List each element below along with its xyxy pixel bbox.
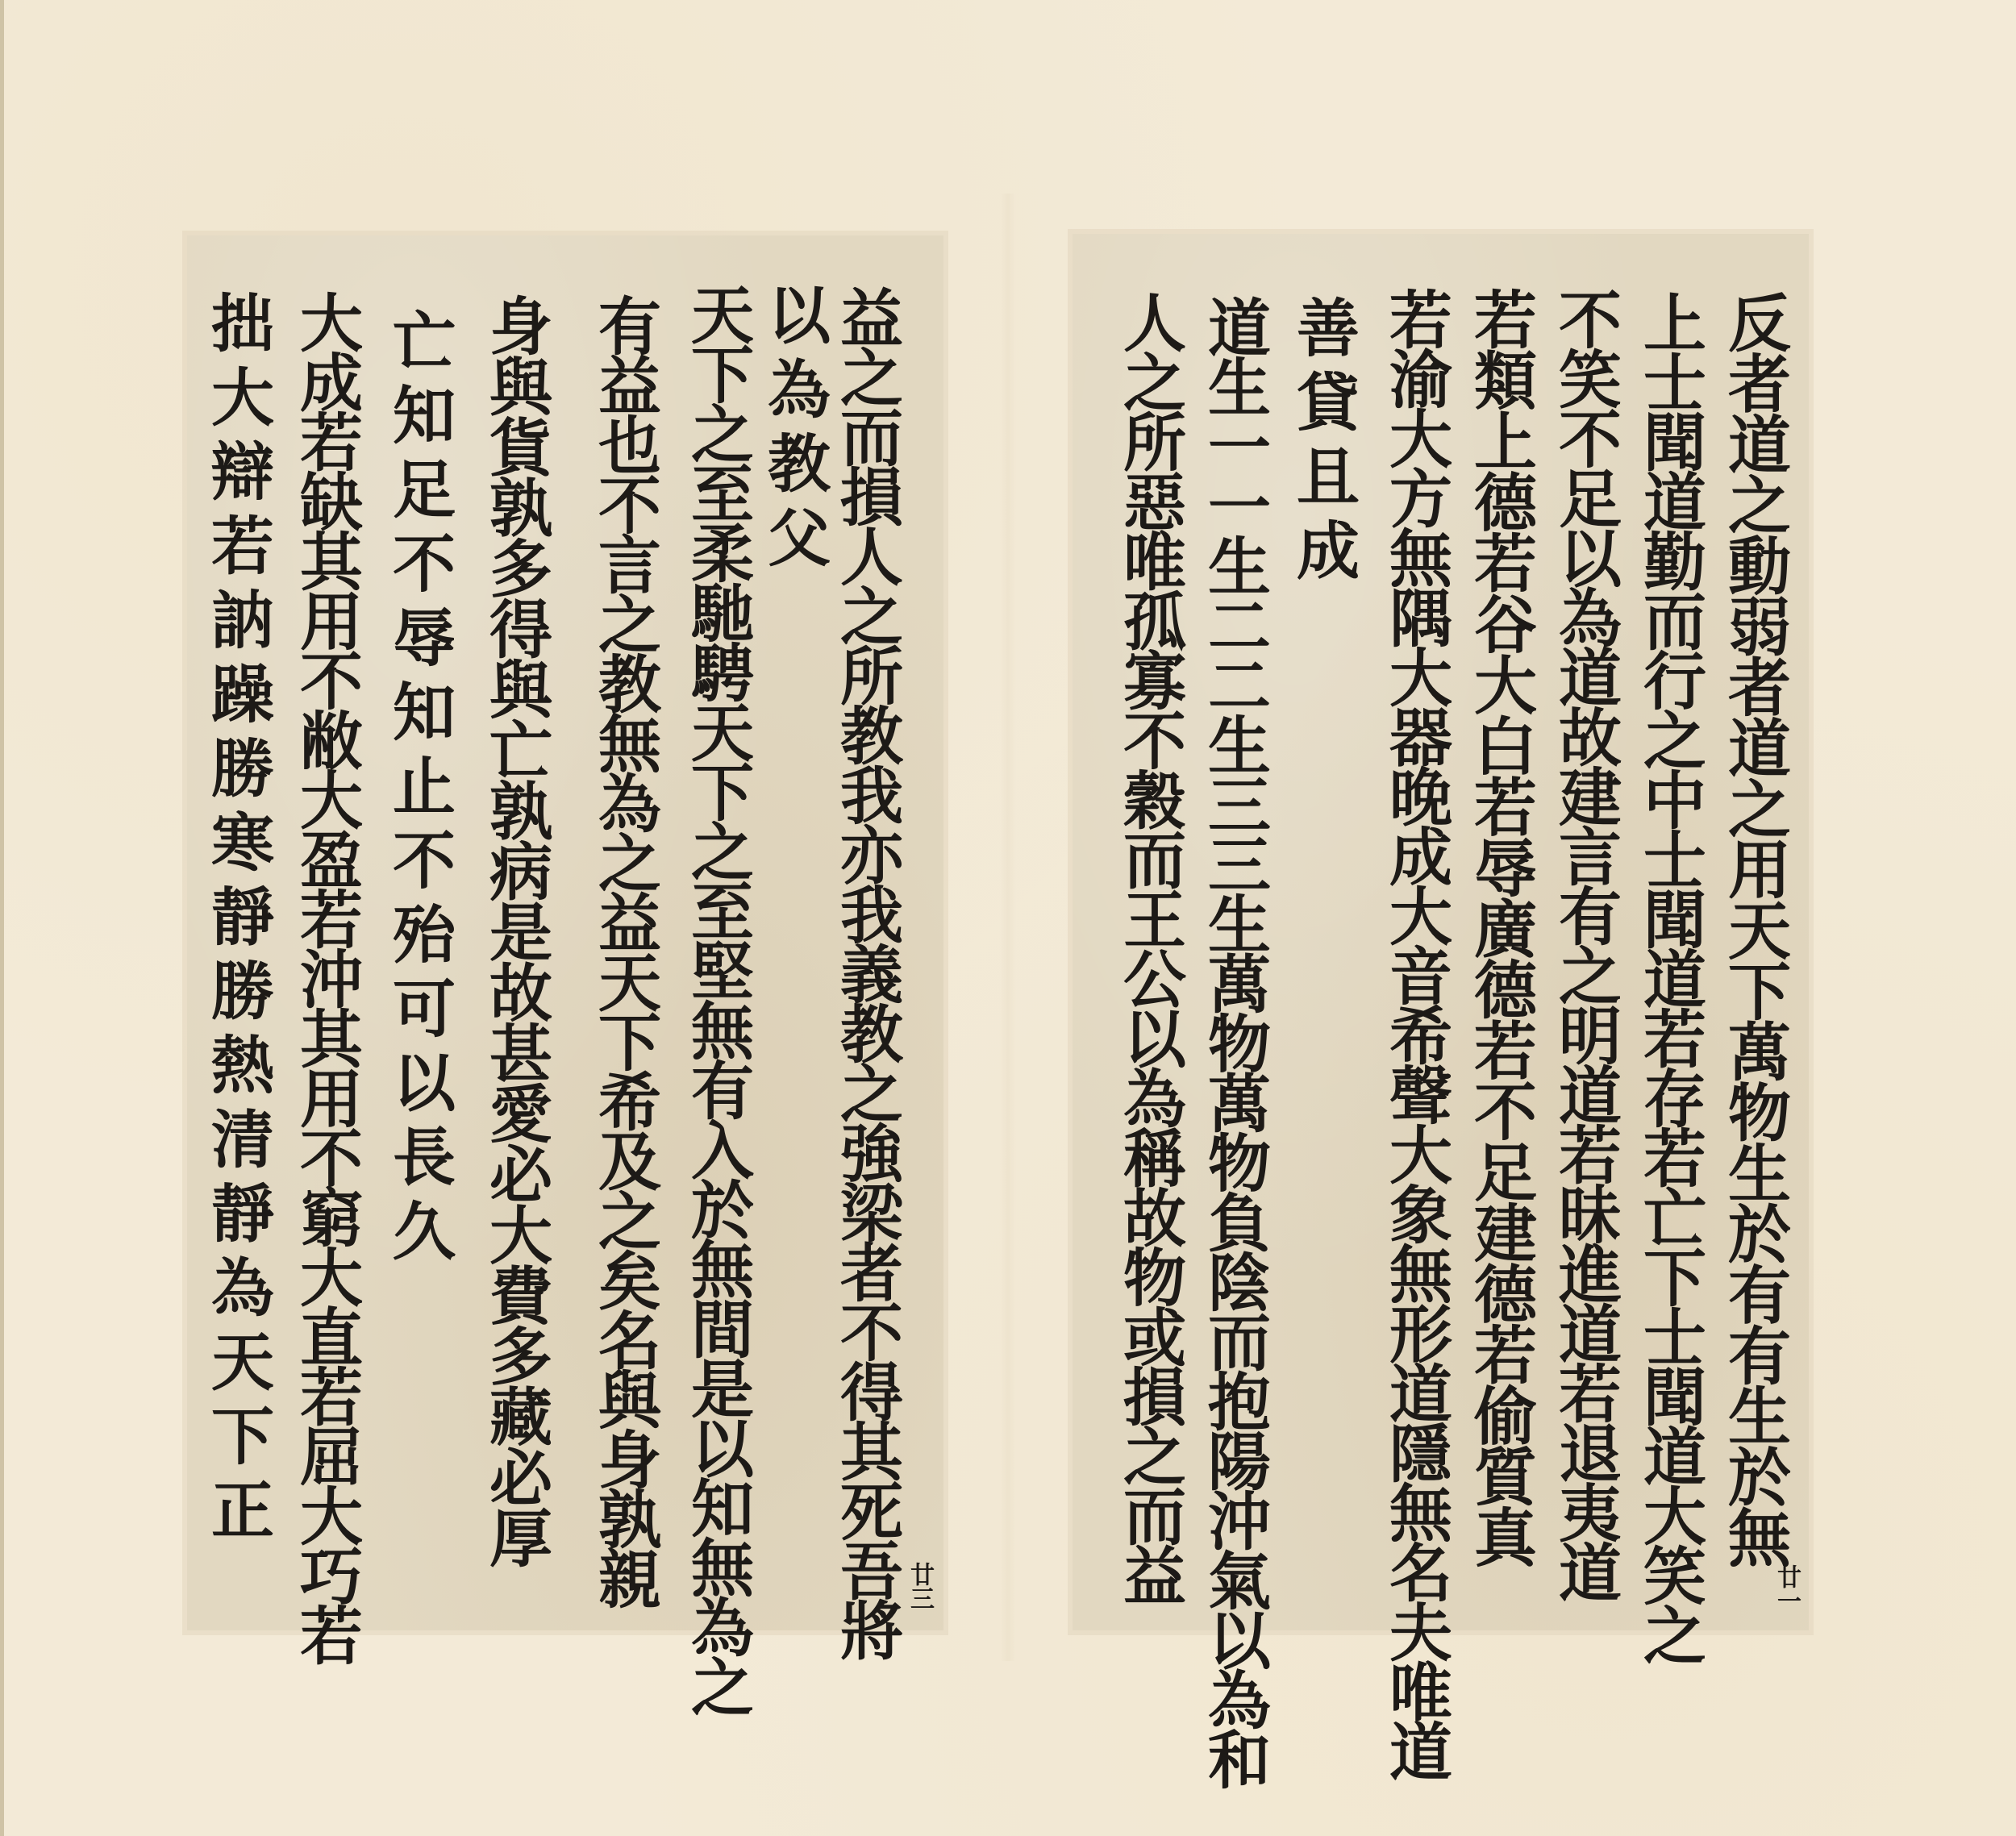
text-column: 善貸且成	[1291, 295, 1354, 592]
text-column: 道生一一生二二生三三生萬物萬物負陰而抱陽沖氣以為和	[1202, 295, 1265, 1787]
text-column: 以為教父	[762, 282, 825, 579]
text-column: 不笑不足以為道故建言有之明道若昧進道若退夷道	[1553, 287, 1616, 1600]
text-column: 人之所惡唯孤寡不穀而王公以為稱故物或損之而益	[1118, 290, 1181, 1603]
text-column: 若類上德若谷大白若辱廣德若不足建德若偷質真	[1468, 287, 1531, 1566]
page-number: 廿一	[1774, 1564, 1798, 1613]
text-column: 大成若缺其用不敝大盈若沖其用不窮大直若屈大巧若	[294, 290, 357, 1663]
center-gutter	[1000, 194, 1016, 1661]
page-number: 廿三	[907, 1562, 931, 1610]
text-column: 有益也不言之教無為之益天下希及之矣名與身孰親	[593, 294, 656, 1606]
text-column: 身與貨孰多得與亡孰病是故甚愛必大費多藏必厚	[484, 294, 547, 1566]
right-page: 反者道之動弱者道之用天下萬物生於有有生於無 上士聞道勤而行之中士聞道若存若亡下士…	[1073, 234, 1809, 1630]
left-page: 益之而損人之所教我亦我義教之強梁者不得其死吾將 以為教父 天下之至柔馳騁天下之至…	[187, 235, 943, 1630]
text-column: 亡知足不辱知止不殆可以長久	[387, 308, 450, 1272]
mount-left-edge	[0, 0, 4, 1836]
text-column: 拙大辯若訥躁勝寒靜勝熱清靜為天下正	[206, 290, 269, 1551]
text-column: 天下之至柔馳騁天下之至堅無有入於無間是以知無為之	[685, 282, 748, 1714]
text-column: 上士聞道勤而行之中士聞道若存若亡下士聞道大笑之	[1638, 290, 1701, 1663]
text-column: 反者道之動弱者道之用天下萬物生於有有生於無	[1722, 290, 1785, 1566]
text-column: 益之而損人之所教我亦我義教之強梁者不得其死吾將	[835, 285, 898, 1658]
text-column: 若渝大方無隅大器晚成大音希聲大象無形道隱無名夫唯道	[1384, 287, 1447, 1779]
